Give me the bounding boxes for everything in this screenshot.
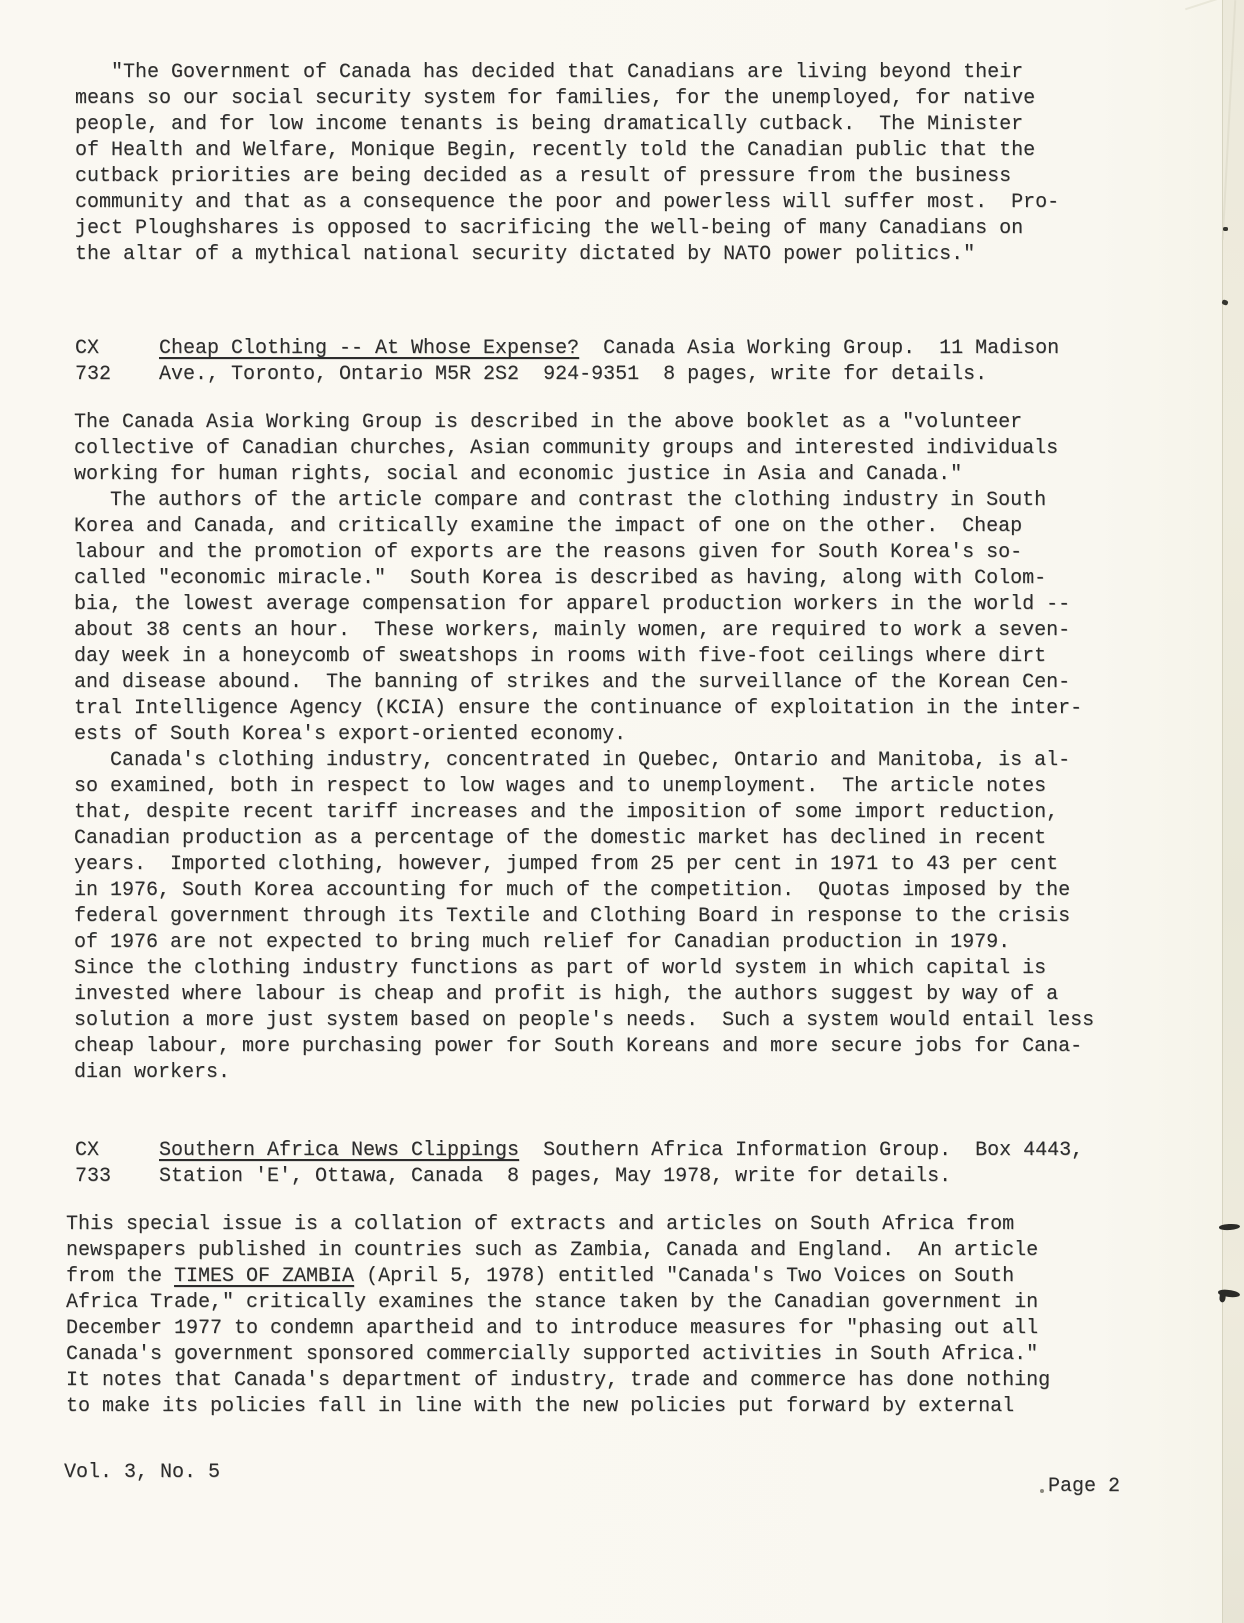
scan-speck <box>1040 1489 1044 1493</box>
page-edge-strip <box>1222 0 1244 1623</box>
catalog-entry-cx732-header: CX 732 Cheap Clothing -- At Whose Expens… <box>75 336 1135 388</box>
entry-title: Southern Africa News Clippings <box>159 1139 519 1162</box>
catalog-entry-cx733-header: CX 733 Southern Africa News Clippings So… <box>75 1138 1135 1190</box>
scan-speck <box>1223 227 1228 231</box>
entry-heading: Cheap Clothing -- At Whose Expense? Cana… <box>159 336 1135 388</box>
entry-cx733-description: This special issue is a collation of ext… <box>66 1212 1050 1420</box>
entry-code: CX 732 <box>75 336 159 388</box>
footer-page-number: Page 2 <box>1048 1474 1120 1500</box>
entry-title: Cheap Clothing -- At Whose Expense? <box>159 337 579 360</box>
publication-name: TIMES OF ZAMBIA <box>174 1265 354 1288</box>
entry-code: CX 733 <box>75 1138 159 1190</box>
entry-heading: Southern Africa News Clippings Southern … <box>159 1138 1135 1190</box>
entry-cx732-description: The Canada Asia Working Group is describ… <box>74 410 1094 1086</box>
opening-quote-paragraph: "The Government of Canada has decided th… <box>75 60 1059 268</box>
footer-volume-label: Vol. 3, No. 5 <box>64 1460 220 1486</box>
document-page: "The Government of Canada has decided th… <box>0 0 1244 1623</box>
